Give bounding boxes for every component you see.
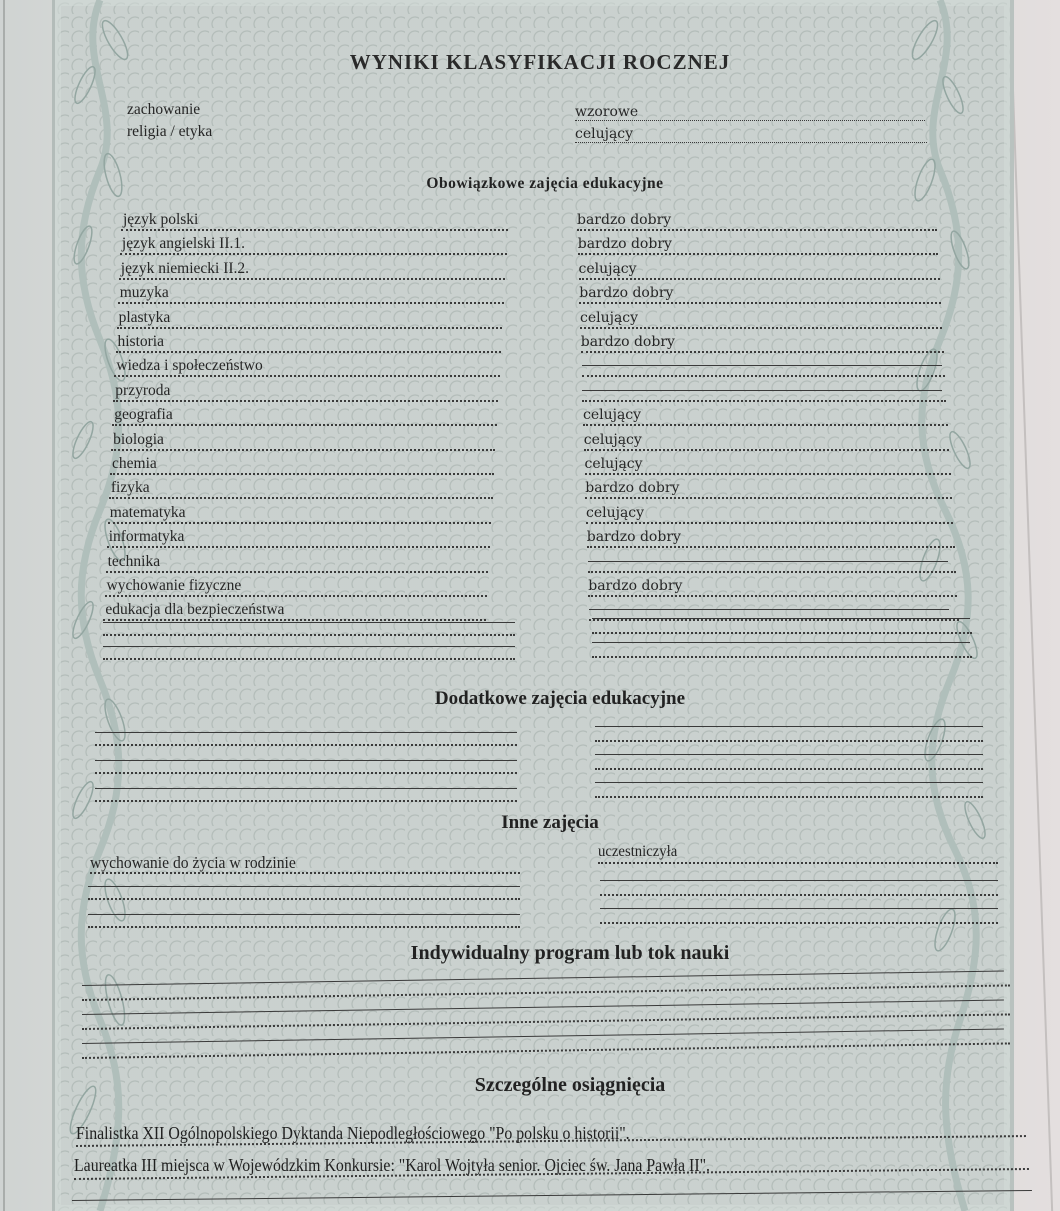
grade-dotted-line xyxy=(588,595,957,597)
grade-value: bardzo dobry xyxy=(581,334,675,350)
subject-dotted-line xyxy=(109,497,493,499)
religion-label: religia / etyka xyxy=(127,123,212,141)
grade-dotted-line xyxy=(585,497,952,499)
grade-value: celujący xyxy=(580,310,638,326)
certificate-content: WYNIKI KLASYFIKACJI ROCZNEJ zachowanie r… xyxy=(0,0,1060,1211)
grade-dotted-line xyxy=(581,351,944,353)
blank-solid-line xyxy=(595,726,983,727)
subject-label: historia xyxy=(118,333,165,351)
blank-solid-line xyxy=(95,732,517,733)
other-subject: wychowanie do życia w rodzinie xyxy=(90,853,296,873)
grade-value: bardzo dobry xyxy=(577,212,671,228)
blank-solid-line xyxy=(592,618,970,619)
blank-solid-line xyxy=(103,646,515,647)
subject-label: edukacja dla bezpieczeństwa xyxy=(105,601,284,619)
blank-solid-line xyxy=(595,754,983,755)
subject-label: przyroda xyxy=(115,382,170,400)
subject-label: informatyka xyxy=(109,528,185,546)
subject-label: język niemiecki II.2. xyxy=(121,260,249,278)
blank-dotted-line xyxy=(88,926,520,928)
subject-label: technika xyxy=(108,553,161,571)
subject-dotted-line xyxy=(120,253,507,255)
religion-value: celujący xyxy=(575,126,633,142)
blank-dotted-line xyxy=(82,984,1010,1001)
religion-dotted-line xyxy=(575,142,927,143)
grade-dotted-line xyxy=(580,327,942,329)
grade-value: celujący xyxy=(584,432,642,448)
subject-dotted-line xyxy=(108,522,491,524)
grade-blank-line xyxy=(582,390,942,391)
grade-dotted-line xyxy=(578,253,939,255)
behavior-dotted-line xyxy=(575,120,925,121)
blank-dotted-line xyxy=(595,740,983,742)
other-subject-dotted-line xyxy=(90,872,520,874)
achievements-heading: Szczególne osiągnięcia xyxy=(370,1074,770,1097)
blank-solid-line xyxy=(95,760,517,761)
grade-value: celujący xyxy=(583,407,641,423)
subject-dotted-line xyxy=(113,400,498,402)
grade-dotted-line xyxy=(577,229,937,231)
subject-label: fizyka xyxy=(111,479,150,497)
blank-solid-line xyxy=(595,782,983,783)
subject-dotted-line xyxy=(106,571,489,573)
blank-solid-line xyxy=(82,1029,1004,1044)
grade-value: bardzo dobry xyxy=(579,285,673,301)
blank-solid-line xyxy=(592,642,970,643)
blank-dotted-line xyxy=(88,898,520,900)
grade-blank-line xyxy=(582,365,942,366)
other-value-dotted-line xyxy=(598,862,998,864)
subject-dotted-line xyxy=(107,546,490,548)
document-title: WYNIKI KLASYFIKACJI ROCZNEJ xyxy=(300,50,780,75)
grade-dotted-line xyxy=(586,522,953,524)
subject-label: plastyka xyxy=(119,309,171,327)
grade-blank-line xyxy=(589,609,949,610)
grade-dotted-line xyxy=(582,400,946,402)
blank-solid-line xyxy=(95,788,517,789)
blank-dotted-line xyxy=(82,1013,1010,1030)
subject-label: wychowanie fizyczne xyxy=(107,577,242,595)
other-heading: Inne zajęcia xyxy=(400,812,700,834)
grade-dotted-line xyxy=(584,449,949,451)
individual-heading: Indywidualny program lub tok nauki xyxy=(320,942,820,965)
grade-value: bardzo dobry xyxy=(588,578,682,594)
blank-dotted-line xyxy=(595,796,983,798)
grade-value: celujący xyxy=(579,261,637,277)
behavior-label: zachowanie xyxy=(127,101,200,119)
blank-dotted-line xyxy=(600,922,998,924)
achievement-solid-line xyxy=(72,1190,1032,1201)
subject-dotted-line xyxy=(121,229,508,231)
grade-value: celujący xyxy=(586,505,644,521)
grade-dotted-line xyxy=(585,473,951,475)
blank-dotted-line xyxy=(592,632,972,634)
grade-dotted-line xyxy=(589,619,959,621)
grade-dotted-line xyxy=(588,571,956,573)
blank-solid-line xyxy=(82,1000,1004,1015)
subject-dotted-line xyxy=(114,375,499,377)
blank-dotted-line xyxy=(595,768,983,770)
grade-dotted-line xyxy=(579,278,940,280)
subject-dotted-line xyxy=(118,302,504,304)
blank-solid-line xyxy=(88,886,520,887)
blank-dotted-line xyxy=(103,634,515,636)
behavior-value: wzorowe xyxy=(575,104,638,120)
subject-dotted-line xyxy=(117,327,503,329)
subject-dotted-line xyxy=(116,351,502,353)
blank-dotted-line xyxy=(95,744,517,746)
blank-solid-line xyxy=(600,908,998,909)
blank-dotted-line xyxy=(95,772,517,774)
blank-dotted-line xyxy=(95,800,517,802)
grade-value: bardzo dobry xyxy=(585,480,679,496)
subject-label: matematyka xyxy=(110,504,186,522)
other-value: uczestniczyła xyxy=(598,843,677,861)
grade-value: bardzo dobry xyxy=(578,236,672,252)
mandatory-heading: Obowiązkowe zajęcia edukacyjne xyxy=(300,175,790,193)
grade-dotted-line xyxy=(583,424,948,426)
blank-solid-line xyxy=(600,880,998,881)
subject-dotted-line xyxy=(112,424,497,426)
grade-blank-line xyxy=(588,561,948,562)
blank-solid-line xyxy=(88,914,520,915)
subject-label: wiedza i społeczeństwo xyxy=(116,357,262,375)
subject-label: muzyka xyxy=(120,284,169,302)
grade-dotted-line xyxy=(587,546,955,548)
blank-dotted-line xyxy=(592,656,972,658)
blank-dotted-line xyxy=(103,658,515,660)
blank-dotted-line xyxy=(82,1042,1010,1059)
grade-dotted-line xyxy=(582,375,946,377)
subject-label: chemia xyxy=(112,455,157,473)
subject-label: geografia xyxy=(114,406,173,424)
subject-label: język angielski II.1. xyxy=(122,235,245,253)
grade-value: bardzo dobry xyxy=(587,529,681,545)
subject-dotted-line xyxy=(119,278,505,280)
subject-dotted-line xyxy=(111,449,495,451)
blank-dotted-line xyxy=(600,894,998,896)
subject-label: język polski xyxy=(123,211,198,229)
grade-value: celujący xyxy=(585,456,643,472)
subject-dotted-line xyxy=(110,473,494,475)
blank-solid-line xyxy=(82,971,1004,986)
subject-label: biologia xyxy=(113,431,164,449)
additional-heading: Dodatkowe zajęcia edukacyjne xyxy=(300,688,820,710)
grade-dotted-line xyxy=(579,302,941,304)
subject-dotted-line xyxy=(105,595,488,597)
blank-solid-line xyxy=(103,622,515,623)
